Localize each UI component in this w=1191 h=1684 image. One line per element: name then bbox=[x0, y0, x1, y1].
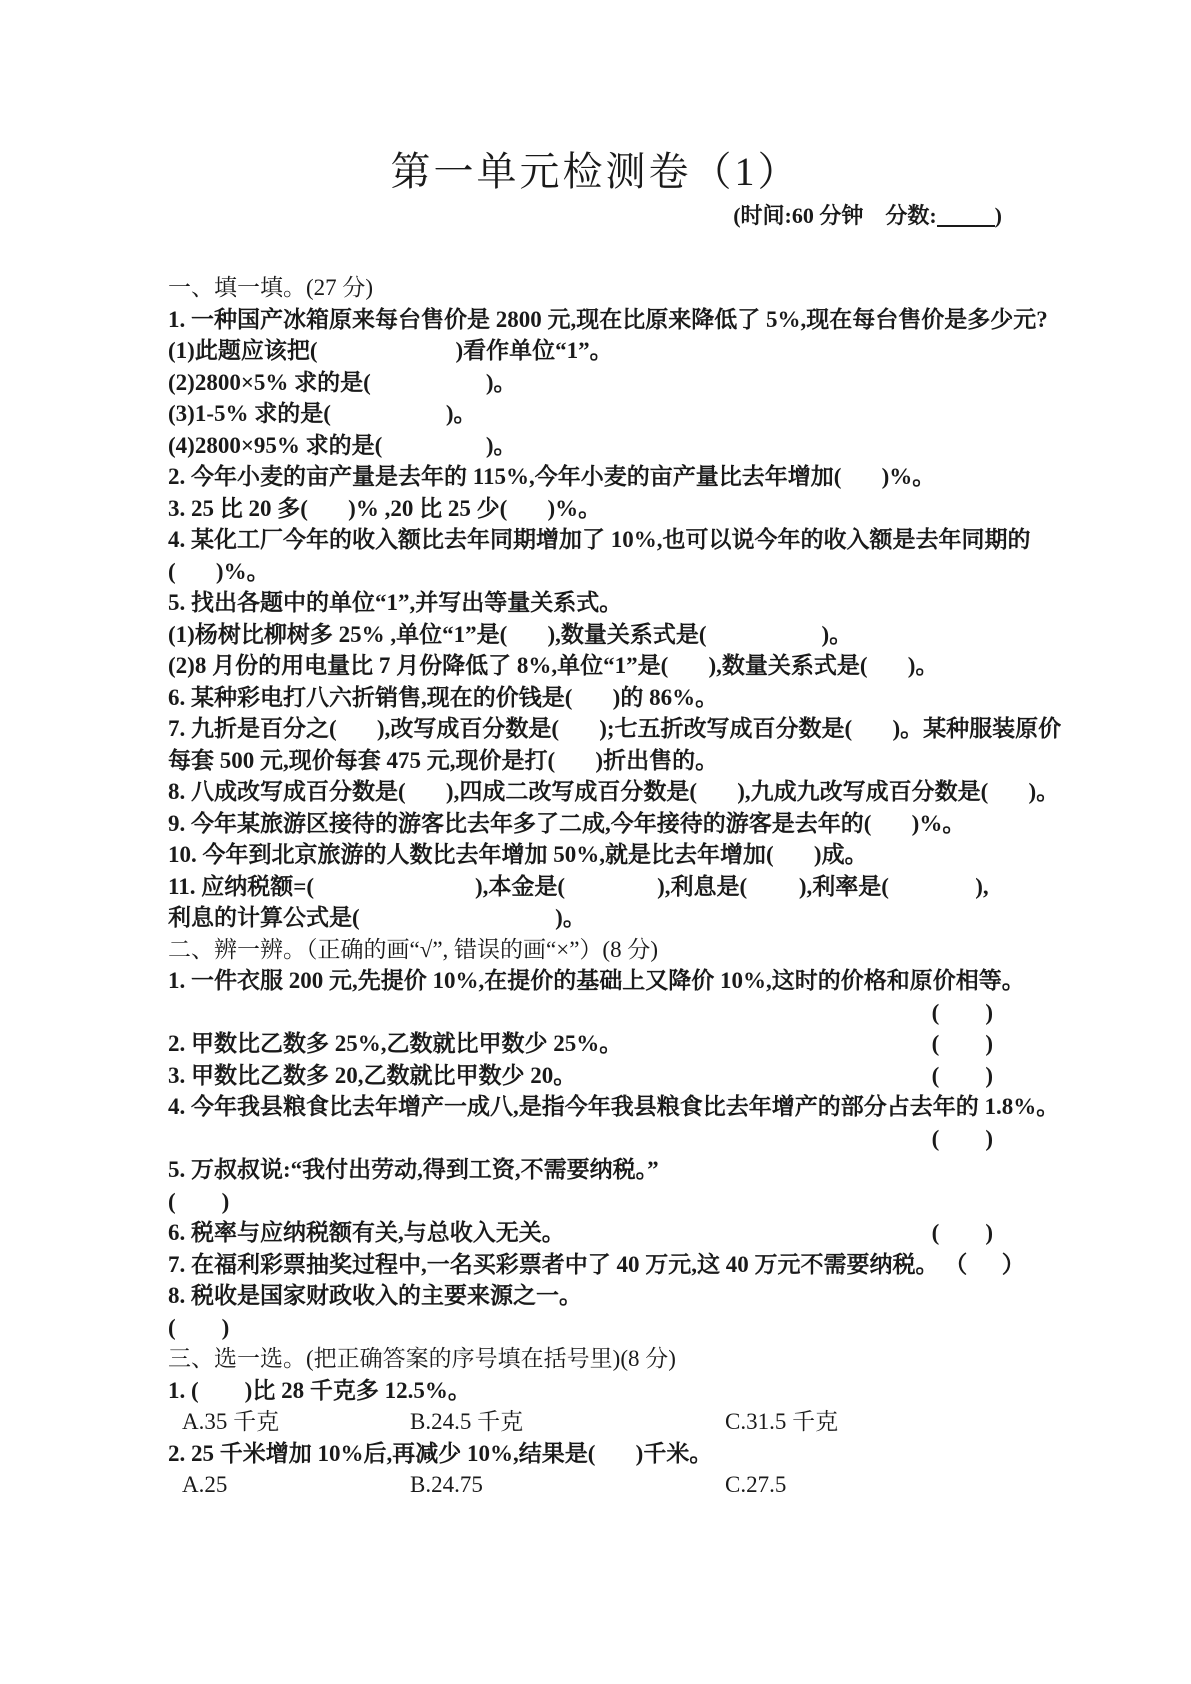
question-line: 2. 今年小麦的亩产量是去年的 115%,今年小麦的亩产量比去年增加( )%。 bbox=[168, 461, 1030, 493]
question-line: (3)1-5% 求的是( )。 bbox=[168, 398, 1030, 430]
option-a: A.35 千克 bbox=[182, 1406, 410, 1438]
question-line: 7. 在福利彩票抽奖过程中,一名买彩票者中了 40 万元,这 40 万元不需要纳… bbox=[168, 1249, 1030, 1281]
option-b: B.24.5 千克 bbox=[410, 1406, 725, 1438]
option-c: C.27.5 bbox=[725, 1469, 786, 1501]
question-line: 1. 一种国产冰箱原来每台售价是 2800 元,现在比原来降低了 5%,现在每台… bbox=[168, 304, 1030, 336]
question-line: 4. 某化工厂今年的收入额比去年同期增加了 10%,也可以说今年的收入额是去年同… bbox=[168, 524, 1030, 556]
answer-bracket: ( ) bbox=[932, 1028, 993, 1060]
options-row: A.25 B.24.75 C.27.5 bbox=[168, 1469, 1030, 1501]
option-c: C.31.5 千克 bbox=[725, 1406, 838, 1438]
section-1-heading: 一、填一填。(27 分) bbox=[168, 272, 1030, 304]
score-blank-line bbox=[937, 225, 995, 227]
answer-line: ( ) bbox=[168, 1312, 1030, 1344]
option-a: A.25 bbox=[182, 1469, 410, 1501]
question-line: 6. 税率与应纳税额有关,与总收入无关。( ) bbox=[168, 1217, 1030, 1249]
question-line: 2. 甲数比乙数多 25%,乙数就比甲数少 25%。( ) bbox=[168, 1028, 1030, 1060]
paper-body: 一、填一填。(27 分) 1. 一种国产冰箱原来每台售价是 2800 元,现在比… bbox=[168, 272, 1030, 1501]
answer-line: ( ) bbox=[168, 1123, 1030, 1155]
question-line: 7. 九折是百分之( ),改写成百分数是( );七五折改写成百分数是( )。某种… bbox=[168, 713, 1030, 745]
question-line: (2)2800×5% 求的是( )。 bbox=[168, 367, 1030, 399]
section-3-heading: 三、选一选。(把正确答案的序号填在括号里)(8 分) bbox=[168, 1343, 1030, 1375]
question-line: 11. 应纳税额=( ),本金是( ),利息是( ),利率是( ), bbox=[168, 871, 1030, 903]
question-line: 1. 一件衣服 200 元,先提价 10%,在提价的基础上又降价 10%,这时的… bbox=[168, 965, 1030, 997]
page-title: 第一单元检测卷（1） bbox=[0, 148, 1191, 196]
question-line: (1)此题应该把( )看作单位“1”。 bbox=[168, 335, 1030, 367]
question-line: 6. 某种彩电打八六折销售,现在的价钱是( )的 86%。 bbox=[168, 682, 1030, 714]
answer-bracket: ( ) bbox=[932, 1126, 993, 1151]
time-score-line: (时间:60 分钟 分数:) bbox=[733, 202, 1002, 230]
test-paper-page: 第一单元检测卷（1） (时间:60 分钟 分数:) 一、填一填。(27 分) 1… bbox=[0, 0, 1191, 1684]
question-text: 2. 甲数比乙数多 25%,乙数就比甲数少 25%。 bbox=[168, 1028, 622, 1060]
question-text: 3. 甲数比乙数多 20,乙数就比甲数少 20。 bbox=[168, 1060, 576, 1092]
question-line: 1. ( )比 28 千克多 12.5%。 bbox=[168, 1375, 1030, 1407]
question-line: 5. 找出各题中的单位“1”,并写出等量关系式。 bbox=[168, 587, 1030, 619]
close-paren: ) bbox=[995, 203, 1002, 228]
answer-line: ( ) bbox=[168, 997, 1030, 1029]
question-line: 2. 25 千米增加 10%后,再减少 10%,结果是( )千米。 bbox=[168, 1438, 1030, 1470]
answer-bracket: ( ) bbox=[932, 1000, 993, 1025]
question-line: 每套 500 元,现价每套 475 元,现价是打( )折出售的。 bbox=[168, 745, 1030, 777]
time-score-label: (时间:60 分钟 分数: bbox=[733, 203, 936, 228]
question-line: 利息的计算公式是( )。 bbox=[168, 902, 1030, 934]
answer-bracket: ( ) bbox=[932, 1060, 993, 1092]
question-line: 9. 今年某旅游区接待的游客比去年多了二成,今年接待的游客是去年的( )%。 bbox=[168, 808, 1030, 840]
question-line: 3. 甲数比乙数多 20,乙数就比甲数少 20。( ) bbox=[168, 1060, 1030, 1092]
question-line: 5. 万叔叔说:“我付出劳动,得到工资,不需要纳税。” bbox=[168, 1154, 1030, 1186]
question-line: (1)杨树比柳树多 25% ,单位“1”是( ),数量关系式是( )。 bbox=[168, 619, 1030, 651]
answer-line: ( ) bbox=[168, 1186, 1030, 1218]
question-line: (2)8 月份的用电量比 7 月份降低了 8%,单位“1”是( ),数量关系式是… bbox=[168, 650, 1030, 682]
section-2-heading: 二、辨一辨。（正确的画“√”, 错误的画“×”）(8 分) bbox=[168, 934, 1030, 966]
options-row: A.35 千克 B.24.5 千克 C.31.5 千克 bbox=[168, 1406, 1030, 1438]
question-line: (4)2800×95% 求的是( )。 bbox=[168, 430, 1030, 462]
question-line: 8. 税收是国家财政收入的主要来源之一。 bbox=[168, 1280, 1030, 1312]
answer-bracket: ( ) bbox=[932, 1217, 993, 1249]
question-line: 4. 今年我县粮食比去年增产一成八,是指今年我县粮食比去年增产的部分占去年的 1… bbox=[168, 1091, 1030, 1123]
question-line: 3. 25 比 20 多( )% ,20 比 25 少( )%。 bbox=[168, 493, 1030, 525]
option-b: B.24.75 bbox=[410, 1469, 725, 1501]
question-line: 10. 今年到北京旅游的人数比去年增加 50%,就是比去年增加( )成。 bbox=[168, 839, 1030, 871]
question-line: ( )%。 bbox=[168, 556, 1030, 588]
question-line: 8. 八成改写成百分数是( ),四成二改写成百分数是( ),九成九改写成百分数是… bbox=[168, 776, 1030, 808]
question-text: 6. 税率与应纳税额有关,与总收入无关。 bbox=[168, 1217, 565, 1249]
